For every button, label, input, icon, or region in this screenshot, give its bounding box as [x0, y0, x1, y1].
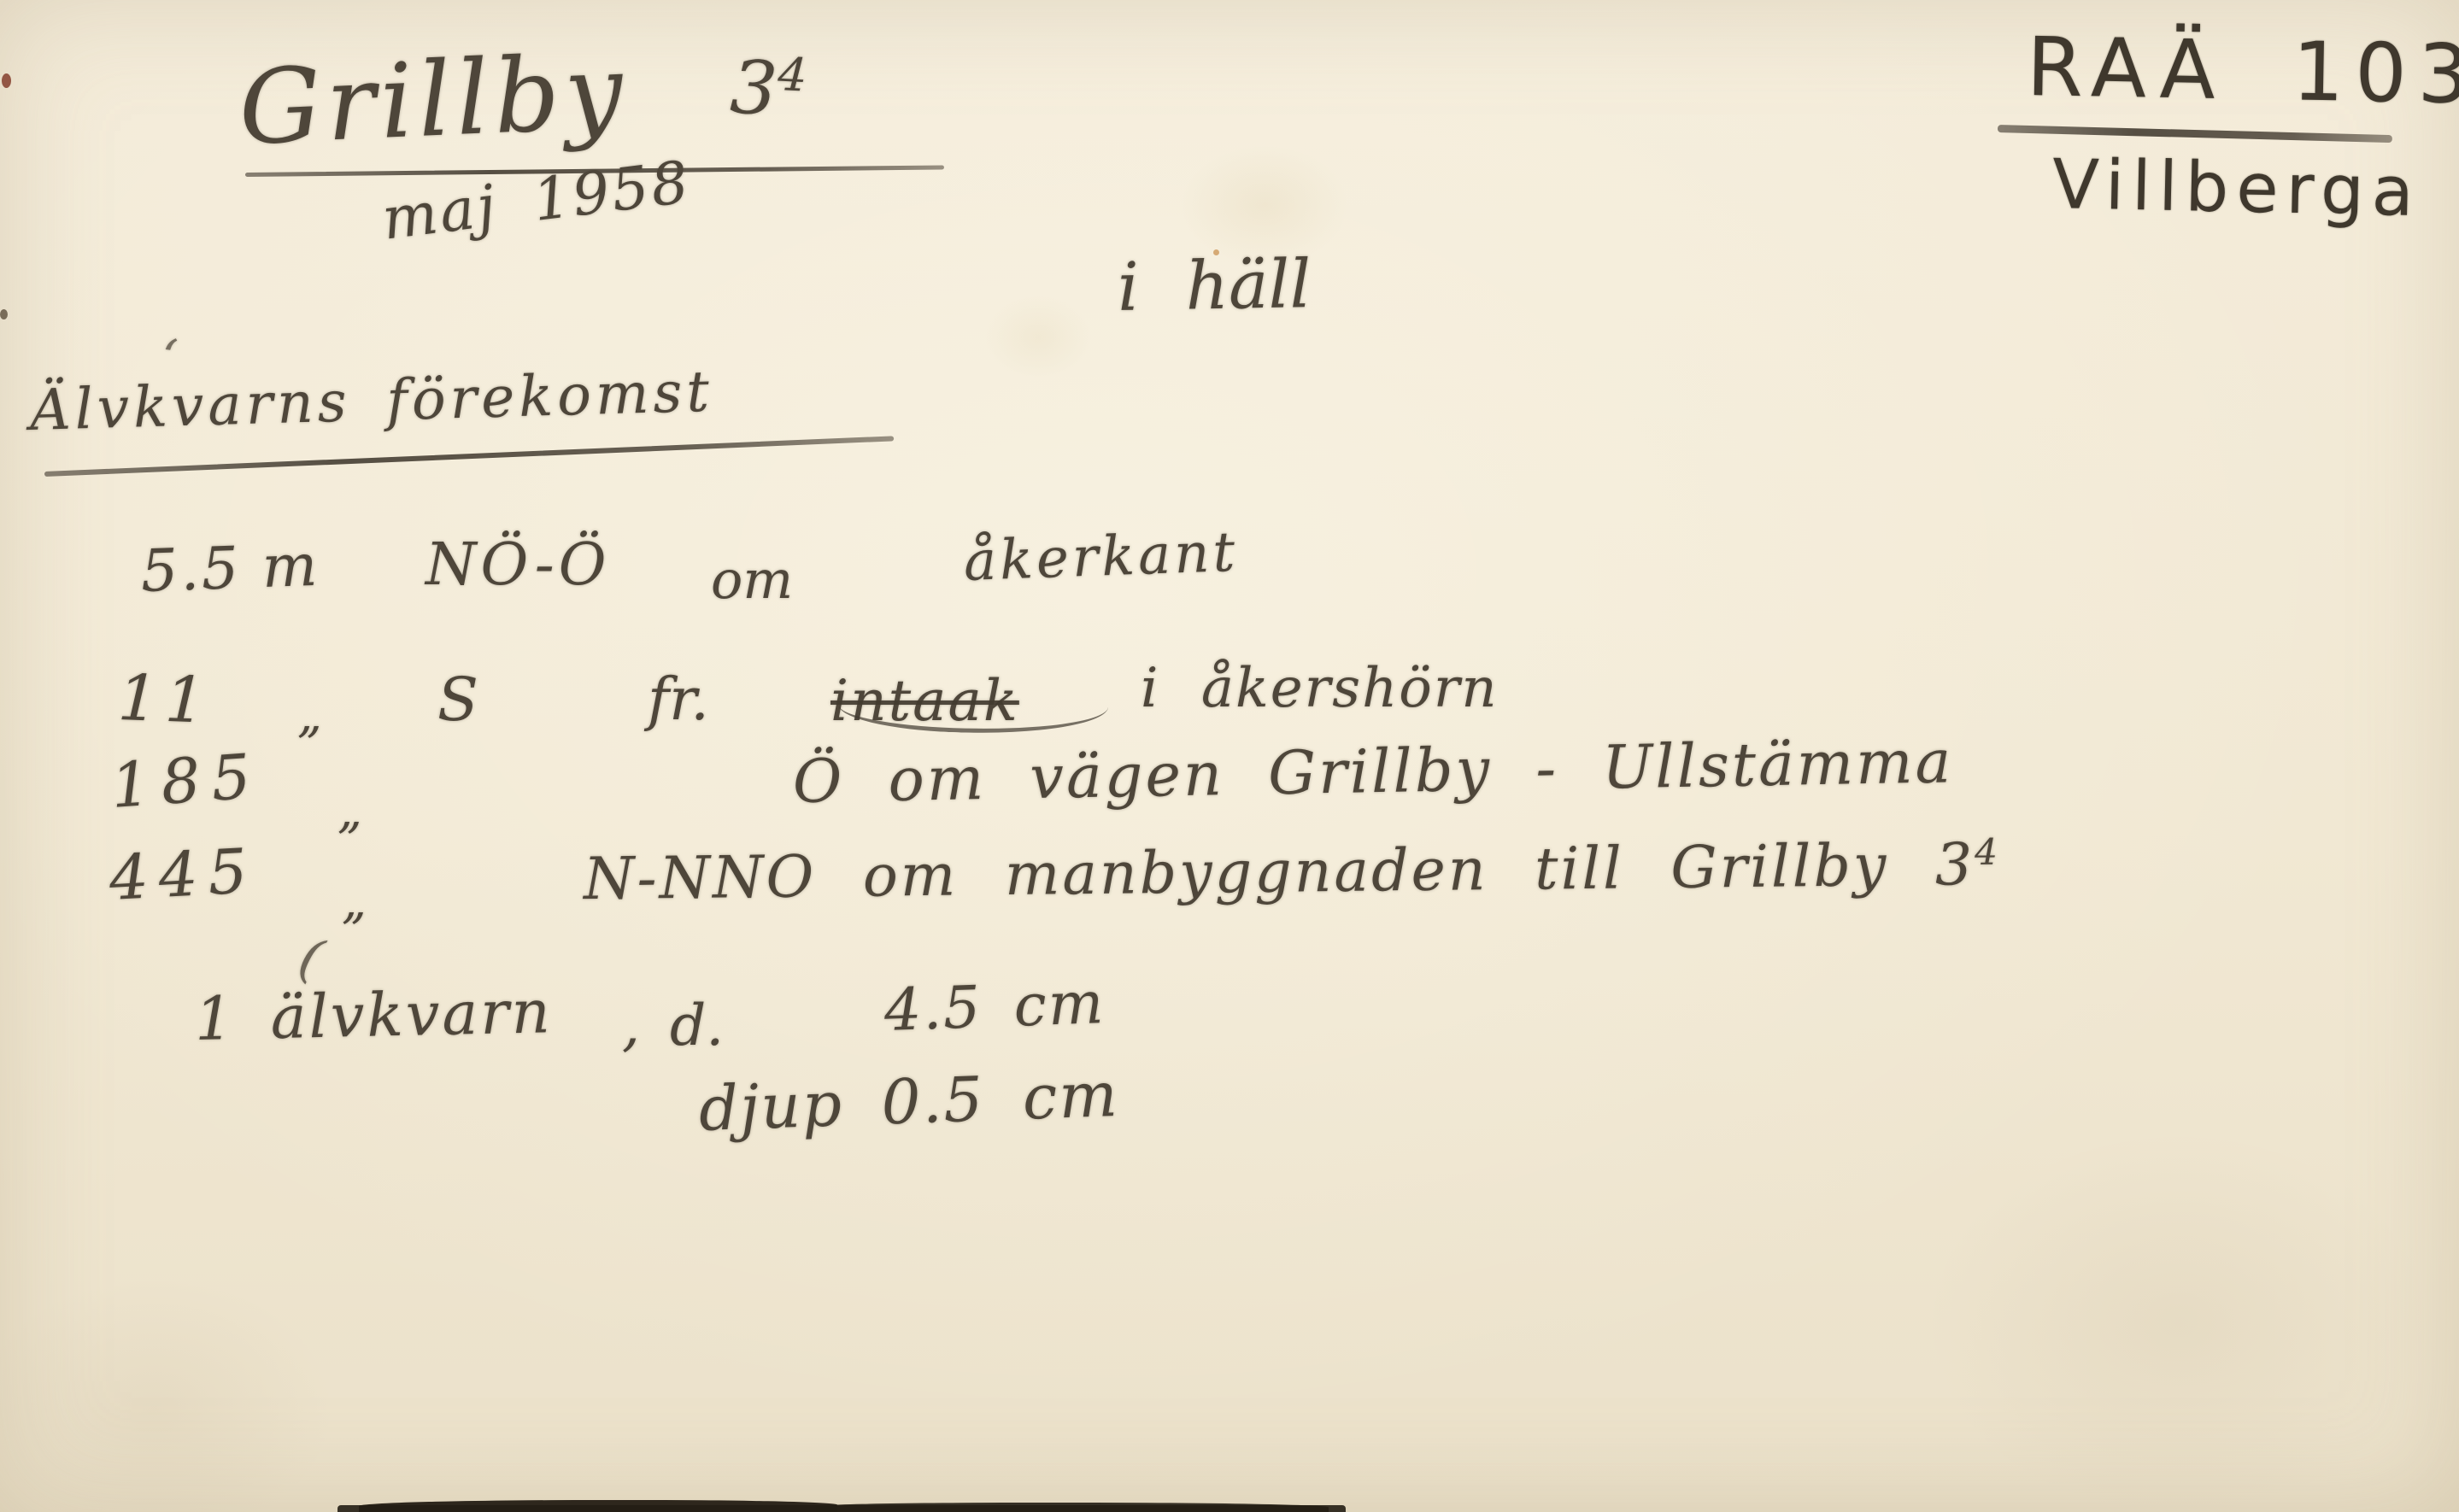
landmark: åkerkant	[963, 525, 1239, 589]
register-id: RAÄ 103	[2026, 27, 2459, 116]
ditto-mark: „	[297, 692, 322, 740]
site-title-name: Grillby	[237, 32, 631, 168]
scanned-note-card: Grillby 34 maj 1958 RAÄ 103 Villberga i …	[0, 0, 2459, 1512]
distance-value: 445	[108, 840, 259, 909]
find-separator: , d.	[622, 998, 724, 1054]
site-number: 3	[728, 44, 779, 132]
paper-speck	[0, 309, 8, 319]
scan-edge-artifact	[816, 1503, 1329, 1512]
findings-stray-tick: (	[293, 930, 327, 987]
survey-date: maj 1958	[379, 154, 694, 249]
site-title: Grillby	[237, 41, 630, 161]
location-description: Ö om vägen Grillby - Ullstämma	[792, 731, 1953, 812]
section-heading: Älvkvarns förekomst	[29, 364, 714, 439]
bearing-value: NÖ-Ö	[425, 536, 610, 595]
find-depth: djup 0.5 cm	[698, 1064, 1120, 1140]
location-description-exponent: 4	[1975, 831, 1998, 873]
center-annotation: i häll	[1117, 251, 1312, 321]
paper-speck	[1213, 249, 1219, 255]
scan-edge-artifact	[359, 1500, 837, 1512]
find-item: 1 älvkvarn	[194, 982, 553, 1049]
distance-value: 185	[109, 745, 263, 817]
paper-speck	[2, 73, 11, 88]
heading-underline	[44, 436, 894, 477]
site-title-number: 34	[729, 50, 808, 128]
bearing-value: S	[437, 670, 478, 730]
parish-name: Villberga	[2051, 150, 2422, 226]
location-description: N-NNO om manbyggnaden till Grillby 34	[584, 835, 1998, 910]
landmark: i åkershörn	[1141, 661, 1499, 716]
ditto-mark: „	[342, 878, 367, 926]
ditto-mark: „	[337, 788, 362, 835]
location-description-text: N-NNO om manbyggnaden till Grillby 3	[584, 831, 1975, 913]
register-underline	[1998, 125, 2392, 143]
preposition: fr.	[648, 671, 709, 730]
distance-value: 11	[117, 666, 214, 733]
site-number-exponent: 4	[777, 48, 808, 103]
distance-value: 5.5 m	[140, 537, 320, 601]
preposition: om	[711, 554, 793, 607]
find-diameter: 4.5 cm	[883, 975, 1106, 1040]
